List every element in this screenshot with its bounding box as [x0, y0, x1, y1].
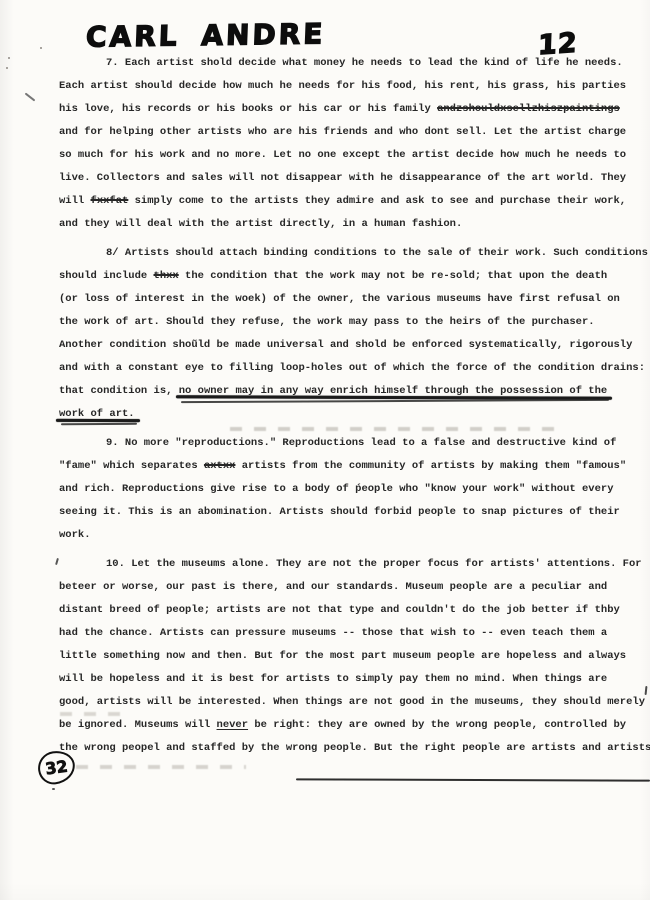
text-segment: be right: they are owned by the wrong pe… [248, 719, 626, 731]
text-line: that condition is, no owner may in any w… [59, 380, 649, 403]
text-line: 7. Each artist shold decide what money h… [59, 52, 649, 75]
text-segment: live. Collectors and sales will not disa… [59, 172, 626, 184]
text-line: work of art. [59, 403, 649, 426]
text-line: (or loss of interest in the woek) of the… [59, 288, 649, 311]
text-segment: his love, his records or his books or hi… [59, 103, 437, 115]
text-segment: "fame" which separates [59, 460, 204, 472]
pen-line [296, 778, 650, 781]
text-segment-strike: thxx [154, 270, 179, 282]
scan-speck [6, 67, 8, 69]
text-segment: distant breed of people; artists are not… [59, 604, 620, 616]
text-segment: had the chance. Artists can pressure mus… [59, 627, 607, 639]
text-line: 10. Let the museums alone. They are not … [59, 553, 649, 576]
corner-number-text: 32 [44, 757, 69, 779]
text-line: and for helping other artists who are hi… [59, 121, 649, 144]
text-segment: 9. No more "reproductions." Reproduction… [106, 437, 616, 449]
text-line: seeing it. This is an abomination. Artis… [59, 501, 649, 524]
text-segment: 7. Each artist shold decide what money h… [106, 57, 623, 69]
text-segment: and with a constant eye to filling loop-… [59, 362, 645, 374]
text-segment: the wrong peopel and staffed by the wron… [59, 742, 650, 754]
text-segment: seeing it. This is an abomination. Artis… [59, 506, 620, 518]
text-segment: and for helping other artists who are hi… [59, 126, 626, 138]
text-segment: artists from the community of artists by… [235, 460, 626, 472]
text-segment: Each artist should decide how much he ne… [59, 80, 626, 92]
scan-speck [40, 47, 42, 49]
text-segment: work. [59, 529, 91, 541]
scan-smudge [230, 427, 560, 431]
text-line: Each artist should decide how much he ne… [59, 75, 649, 98]
text-segment-strike: axtxx [204, 460, 236, 472]
text-line: the wrong peopel and staffed by the wron… [59, 737, 649, 760]
text-segment: beteer or worse, our past is there, and … [59, 581, 607, 593]
text-segment: should include [59, 270, 154, 282]
text-segment-hand-underline: work of art. [59, 408, 135, 420]
text-segment: be ignored. Museums will [59, 719, 217, 731]
text-line: and with a constant eye to filling loop-… [59, 357, 649, 380]
text-segment: 10. Let the museums alone. They are not … [106, 558, 642, 570]
text-line: live. Collectors and sales will not disa… [59, 167, 649, 190]
text-segment: (or loss of interest in the woek) of the… [59, 293, 620, 305]
scan-speck [52, 788, 55, 790]
text-line: 9. No more "reproductions." Reproduction… [59, 432, 649, 455]
text-line: and they will deal with the artist direc… [59, 213, 649, 236]
text-segment: that condition is, [59, 385, 179, 397]
text-line: 8/ Artists should attach binding conditi… [59, 242, 649, 265]
scanned-document-page: CARL ANDRE 12 7. Each artist shold decid… [0, 0, 650, 900]
text-segment: will [59, 195, 91, 207]
text-line: had the chance. Artists can pressure mus… [59, 622, 649, 645]
text-line: be ignored. Museums will never be right:… [59, 714, 649, 737]
text-segment: will be hopeless and it is best for arti… [59, 673, 607, 685]
text-segment: the condition that the work may not be r… [179, 270, 607, 282]
text-line: good, artists will be interested. When t… [59, 691, 649, 714]
text-segment: so much for his work and no more. Let no… [59, 149, 626, 161]
scan-smudge [60, 712, 130, 716]
text-segment: simply come to the artists they admire a… [128, 195, 626, 207]
text-line: the work of art. Should they refuse, the… [59, 311, 649, 334]
text-segment: little something now and then. But for t… [59, 650, 626, 662]
scan-speck [25, 93, 36, 102]
scan-speck [8, 57, 10, 59]
text-line: "fame" which separates axtxx artists fro… [59, 455, 649, 478]
text-line: his love, his records or his books or hi… [59, 98, 649, 121]
text-segment: 8/ Artists should attach binding conditi… [106, 247, 648, 259]
text-line: will be hopeless and it is best for arti… [59, 668, 649, 691]
text-segment: Another condition shoũld be made univer… [59, 339, 632, 351]
text-segment-underline: never [217, 719, 249, 731]
text-segment: and they will deal with the artist direc… [59, 218, 462, 230]
text-segment-strike: fxxfat [91, 195, 129, 207]
text-line: should include thxx the condition that t… [59, 265, 649, 288]
typed-text: 7. Each artist shold decide what money h… [59, 52, 649, 760]
handwritten-author-title: CARL ANDRE [85, 17, 326, 53]
text-line: will fxxfat simply come to the artists t… [59, 190, 649, 213]
text-line: little something now and then. But for t… [59, 645, 649, 668]
text-segment: and rich. Reproductions give rise to a b… [59, 483, 614, 495]
text-segment: good, artists will be interested. When t… [59, 696, 645, 708]
scan-smudge [76, 765, 246, 769]
text-line: and rich. Reproductions give rise to a b… [59, 478, 649, 501]
text-line: work. [59, 524, 649, 547]
text-line: beteer or worse, our past is there, and … [59, 576, 649, 599]
text-line: Another condition shoũld be made univer… [59, 334, 649, 357]
text-segment-hand-underline: no owner may in any way enrich himself t… [179, 385, 607, 397]
text-segment: the work of art. Should they refuse, the… [59, 316, 595, 328]
text-line: distant breed of people; artists are not… [59, 599, 649, 622]
text-segment-strike: andzshouldxsellzhiszpaintings [437, 103, 620, 115]
text-line: so much for his work and no more. Let no… [59, 144, 649, 167]
